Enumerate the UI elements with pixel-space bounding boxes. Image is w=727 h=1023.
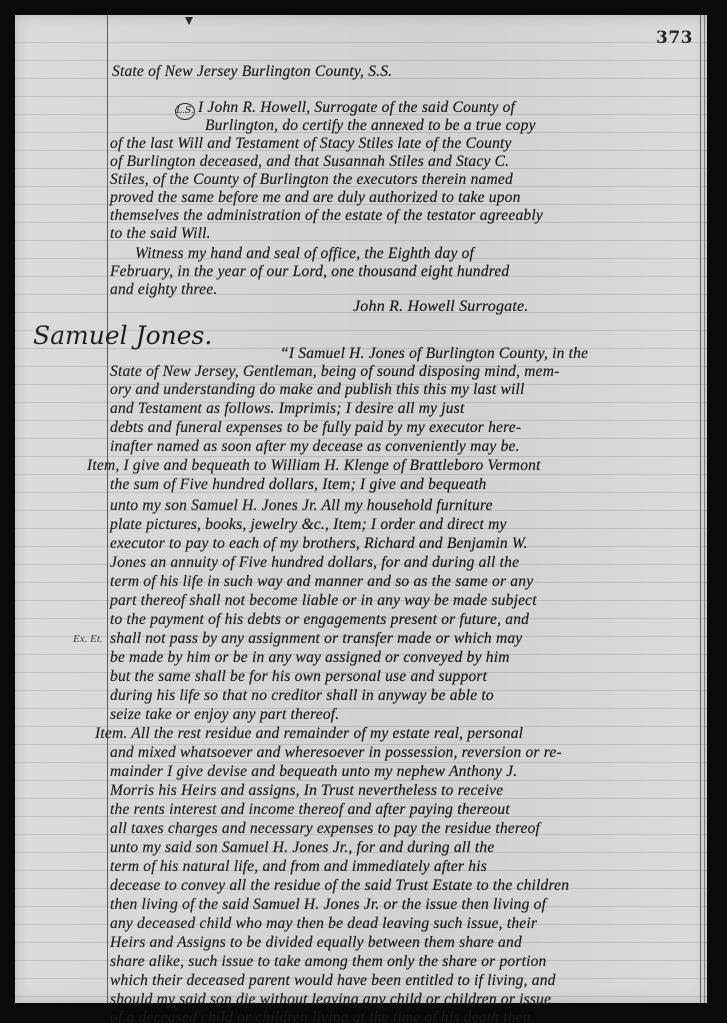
will-line: plate pictures, books, jewelry &c., Item… bbox=[110, 516, 507, 534]
will-line: during his life so that no creditor shal… bbox=[110, 687, 494, 705]
certificate-line: February, in the year of our Lord, one t… bbox=[110, 263, 509, 281]
will-line: all taxes charges and necessary expenses… bbox=[110, 820, 540, 838]
certificate-line: proved the same before me and are duly a… bbox=[110, 189, 521, 207]
will-line: inafter named as soon after my decease a… bbox=[110, 438, 520, 456]
certificate-line: themselves the administration of the est… bbox=[110, 207, 543, 225]
will-line: term of his life in such way and manner … bbox=[110, 573, 533, 591]
will-line: ory and understanding do make and publis… bbox=[110, 381, 525, 399]
will-line: “I Samuel H. Jones of Burlington County,… bbox=[280, 345, 588, 363]
will-line: and Testament as follows. Imprimis; I de… bbox=[110, 400, 465, 418]
right-border-rule bbox=[700, 15, 701, 1003]
certificate-line: State of New Jersey Burlington County, S… bbox=[112, 63, 392, 81]
will-line: should my said son die without leaving a… bbox=[110, 991, 551, 1009]
page-number: 373 bbox=[656, 28, 693, 48]
will-line: debts and funeral expenses to be fully p… bbox=[110, 419, 521, 437]
will-line: executor to pay to each of my brothers, … bbox=[110, 535, 528, 553]
certificate-line: of Burlington deceased, and that Susanna… bbox=[110, 153, 509, 171]
will-line: and mixed whatsoever and wheresoever in … bbox=[110, 744, 562, 762]
will-line: be made by him or be in any way assigned… bbox=[110, 649, 510, 667]
right-border-rule-outer bbox=[704, 15, 705, 1003]
will-line: Heirs and Assigns to be divided equally … bbox=[110, 934, 522, 952]
binding-mark bbox=[185, 17, 193, 25]
will-line: Item. All the rest residue and remainder… bbox=[95, 725, 523, 743]
will-line: decease to convey all the residue of the… bbox=[110, 877, 569, 895]
will-line: seize take or enjoy any part thereof. bbox=[110, 706, 339, 724]
certificate-line: I John R. Howell, Surrogate of the said … bbox=[198, 99, 515, 117]
will-line: which their deceased parent would have b… bbox=[110, 972, 556, 990]
will-line: unto my said son Samuel H. Jones Jr., fo… bbox=[110, 839, 494, 857]
certificate-line: and eighty three. bbox=[110, 281, 217, 299]
seal-icon: L.S. bbox=[175, 103, 195, 120]
certificate-line: of the last Will and Testament of Stacy … bbox=[110, 135, 512, 153]
will-line: term of his natural life, and from and i… bbox=[110, 858, 487, 876]
will-line: of a deceased child or children living a… bbox=[110, 1009, 531, 1023]
will-line: then living of the said Samuel H. Jones … bbox=[110, 896, 546, 914]
margin-rule bbox=[107, 15, 108, 1003]
will-line: Item, I give and bequeath to William H. … bbox=[87, 457, 541, 475]
will-line: share alike, such issue to take among th… bbox=[110, 953, 547, 971]
will-line: shall not pass by any assignment or tran… bbox=[110, 630, 522, 648]
will-line: State of New Jersey, Gentleman, being of… bbox=[110, 363, 560, 381]
certificate-line: Burlington, do certify the annexed to be… bbox=[205, 117, 536, 135]
will-line: the sum of Five hundred dollars, Item; I… bbox=[110, 476, 487, 494]
will-line: Jones an annuity of Five hundred dollars… bbox=[110, 554, 519, 572]
certificate-line: Stiles, of the County of Burlington the … bbox=[110, 171, 513, 189]
will-line: Morris his Heirs and assigns, In Trust n… bbox=[110, 782, 503, 800]
certificate-line: Witness my hand and seal of office, the … bbox=[135, 245, 474, 263]
will-line: the rents interest and income thereof an… bbox=[110, 801, 510, 819]
will-line: part thereof shall not become liable or … bbox=[110, 592, 537, 610]
surrogate-signature: John R. Howell Surrogate. bbox=[353, 298, 529, 316]
will-line: but the same shall be for his own person… bbox=[110, 668, 487, 686]
will-line: mainder I give devise and bequeath unto … bbox=[110, 763, 517, 781]
will-line: to the payment of his debts or engagemen… bbox=[110, 611, 529, 629]
will-line: unto my son Samuel H. Jones Jr. All my h… bbox=[110, 497, 493, 515]
will-line: any deceased child who may then be dead … bbox=[110, 915, 537, 933]
testator-heading: Samuel Jones. bbox=[33, 321, 212, 350]
certificate-line: to the said Will. bbox=[110, 225, 211, 243]
margin-note: Ex. Et. bbox=[73, 633, 103, 645]
ledger-page: 373 State of New Jersey Burlington Count… bbox=[15, 15, 707, 1003]
